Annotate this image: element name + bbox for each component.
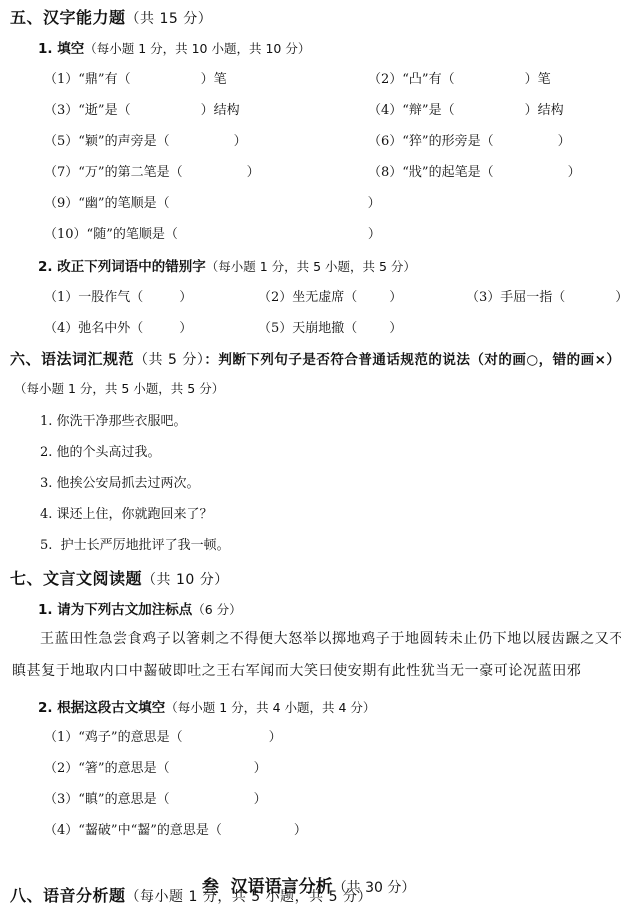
item-label: （1）一股作气（ xyxy=(44,290,143,305)
section-5-heading: 五、汉字能力题（共 15 分） xyxy=(10,5,212,28)
section-7-q1-heading: 1. 请为下列古文加注标点（6 分） xyxy=(38,598,242,618)
sentence-3: 3. 他挨公安局抓去过两次。 xyxy=(40,472,200,491)
question-points: （每小题 1 分，共 5 小题，共 5 分） xyxy=(206,259,416,274)
item-close: ） xyxy=(254,792,267,807)
section-title: 六、语法词汇规范 xyxy=(10,350,134,368)
meaning-item-2: （2）“箸”的意思是（） xyxy=(44,757,267,776)
item-close: ） xyxy=(558,134,571,149)
section-8-heading: 八、语音分析题（每小题 1 分，共 5 小题，共 5 分） xyxy=(10,883,372,905)
item-close: ） xyxy=(247,165,260,180)
item-close: ）笔 xyxy=(201,72,227,87)
fill-item-9: （9）“幽”的笔顺是（） xyxy=(44,192,381,211)
section-instruction: ：判断下列句子是否符合普通话规范的说法（对的画○，错的画×） xyxy=(204,352,620,368)
fill-item-5: （5）“颖”的声旁是（） xyxy=(44,130,247,149)
section-points: （共 5 分） xyxy=(134,352,204,368)
meaning-item-3: （3）“瞋”的意思是（） xyxy=(44,788,267,807)
section-title: 八、语音分析题 xyxy=(10,886,126,905)
sentence-2: 2. 他的个头高过我。 xyxy=(40,441,161,460)
item-label: （2）“凸”有（ xyxy=(368,72,455,87)
question-points: （每小题 1 分，共 4 小题，共 4 分） xyxy=(165,700,375,715)
item-close: ） xyxy=(389,321,402,336)
fill-item-4: （4）“辩”是（）结构 xyxy=(368,99,564,118)
question-points: （每小题 1 分，共 10 小题，共 10 分） xyxy=(84,41,310,56)
item-close: ） xyxy=(179,321,192,336)
section-5-q1-heading: 1. 填空（每小题 1 分，共 10 小题，共 10 分） xyxy=(38,37,310,57)
item-close: ） xyxy=(568,165,581,180)
correction-item-4: （4）弛名中外（） xyxy=(44,317,192,336)
item-close: ）结构 xyxy=(201,103,240,118)
section-6-points: （每小题 1 分，共 5 小题，共 5 分） xyxy=(14,379,224,397)
item-close: ） xyxy=(615,290,621,305)
item-close: ） xyxy=(389,290,402,305)
fill-item-1: （1）“鼎”有（）笔 xyxy=(44,68,227,87)
question-title: 2. 根据这段古文填空 xyxy=(38,700,165,716)
item-label: （5）天崩地撤（ xyxy=(258,321,357,336)
item-label: （1）“鼎”有（ xyxy=(44,72,131,87)
item-close: ） xyxy=(368,196,381,211)
item-label: （4）“齧破”中“齧”的意思是（ xyxy=(44,823,222,838)
fill-item-10: （10）“随”的笔顺是（） xyxy=(44,223,381,242)
item-close: ） xyxy=(179,290,192,305)
item-label: （7）“万”的第二笔是（ xyxy=(44,165,183,180)
item-label: （8）“戕”的起笔是（ xyxy=(368,165,494,180)
item-label: （9）“幽”的笔顺是（ xyxy=(44,196,170,211)
section-7-q2-heading: 2. 根据这段古文填空（每小题 1 分，共 4 小题，共 4 分） xyxy=(38,696,375,716)
section-points: （共 15 分） xyxy=(126,11,213,27)
sentence-4: 4. 课还上住，你就跑回来了？ xyxy=(40,503,213,522)
sentence-1: 1. 你洗干净那些衣服吧。 xyxy=(40,410,187,429)
section-title: 七、文言文阅读题 xyxy=(10,569,142,588)
item-label: （3）“逝”是（ xyxy=(44,103,131,118)
fill-item-6: （6）“猝”的形旁是（） xyxy=(368,130,571,149)
correction-item-1: （1）一股作气（） xyxy=(44,286,192,305)
item-label: （2）“箸”的意思是（ xyxy=(44,761,170,776)
item-label: （10）“随”的笔顺是（ xyxy=(44,227,178,242)
item-label: （4）弛名中外（ xyxy=(44,321,143,336)
fill-item-3: （3）“逝”是（）结构 xyxy=(44,99,240,118)
item-label: （3）手屈一指（ xyxy=(466,290,565,305)
item-label: （5）“颖”的声旁是（ xyxy=(44,134,170,149)
correction-item-3: （3）手屈一指（） xyxy=(466,286,621,305)
fill-item-7: （7）“万”的第二笔是（） xyxy=(44,161,260,180)
item-label: （3）“瞋”的意思是（ xyxy=(44,792,170,807)
meaning-item-1: （1）“鸡子”的意思是（） xyxy=(44,726,282,745)
item-close: ）结构 xyxy=(525,103,564,118)
question-title: 2. 改正下列词语中的错别字 xyxy=(38,259,206,275)
classical-passage-line-2: 瞋甚复于地取内口中齧破即吐之王右军闻而大笑曰使安期有此性犹当无一豪可论况蓝田邪 xyxy=(12,660,581,680)
fill-item-8: （8）“戕”的起笔是（） xyxy=(368,161,581,180)
correction-item-5: （5）天崩地撤（） xyxy=(258,317,402,336)
meaning-item-4: （4）“齧破”中“齧”的意思是（） xyxy=(44,819,307,838)
section-title: 五、汉字能力题 xyxy=(10,8,126,27)
item-label: （4）“辩”是（ xyxy=(368,103,455,118)
section-7-heading: 七、文言文阅读题（共 10 分） xyxy=(10,566,229,589)
item-close: ） xyxy=(254,761,267,776)
question-title: 1. 填空 xyxy=(38,41,84,57)
section-points: （每小题 1 分，共 5 小题，共 5 分） xyxy=(126,889,372,905)
item-close: ）笔 xyxy=(525,72,551,87)
question-title: 1. 请为下列古文加注标点 xyxy=(38,602,192,618)
item-close: ） xyxy=(294,823,307,838)
item-label: （6）“猝”的形旁是（ xyxy=(368,134,494,149)
item-close: ） xyxy=(234,134,247,149)
item-close: ） xyxy=(368,227,381,242)
item-label: （1）“鸡子”的意思是（ xyxy=(44,730,183,745)
question-points: （6 分） xyxy=(192,602,241,617)
correction-item-2: （2）坐无虚席（） xyxy=(258,286,402,305)
sentence-5: 5. 护士长严厉地批评了我一顿。 xyxy=(40,534,230,553)
fill-item-2: （2）“凸”有（）笔 xyxy=(368,68,551,87)
section-points: （共 10 分） xyxy=(142,572,229,588)
item-close: ） xyxy=(269,730,282,745)
classical-passage-line-1: 王蓝田性急尝食鸡子以箸刺之不得便大怒举以掷地鸡子于地圆转未止仍下地以屐齿蹍之又不… xyxy=(40,628,621,648)
section-5-q2-heading: 2. 改正下列词语中的错别字（每小题 1 分，共 5 小题，共 5 分） xyxy=(38,255,416,275)
section-6-heading: 六、语法词汇规范（共 5 分）：判断下列句子是否符合普通话规范的说法（对的画○，… xyxy=(10,348,620,369)
item-label: （2）坐无虚席（ xyxy=(258,290,357,305)
